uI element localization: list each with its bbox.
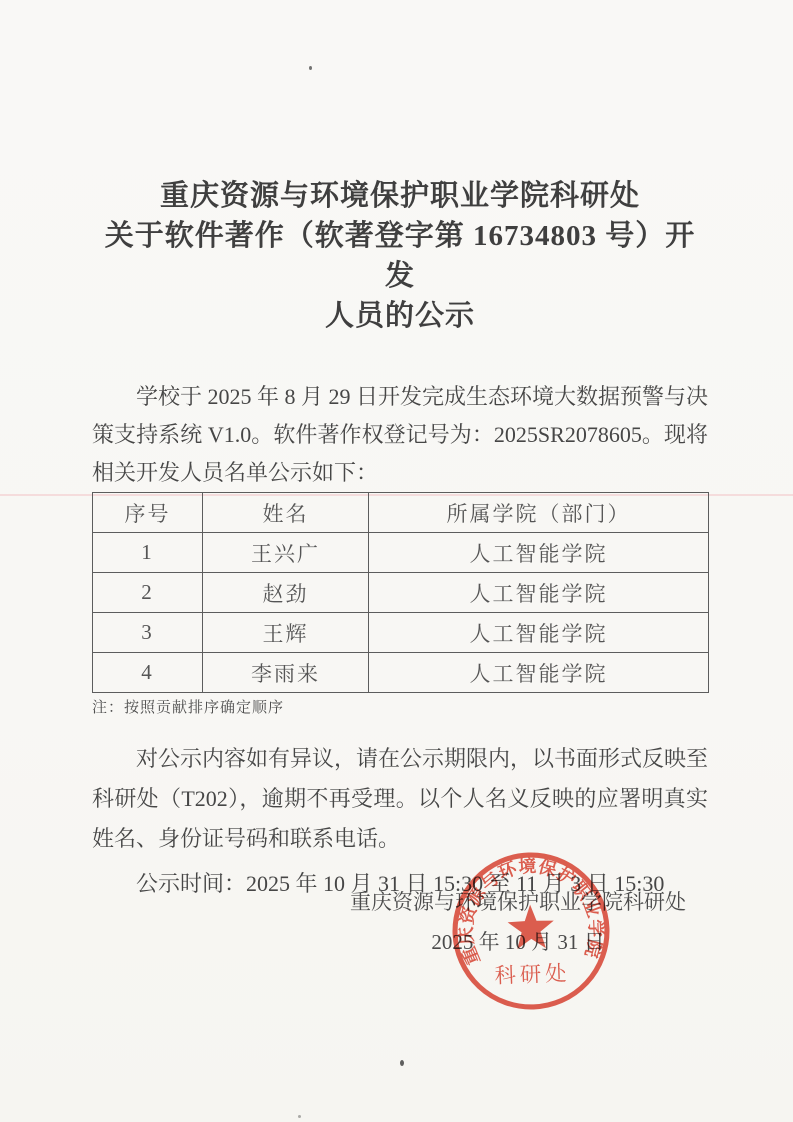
cell-index: 2 [93,573,203,613]
scan-speck [298,1115,301,1118]
seal-center-label: 科研处 [494,961,571,988]
table-note: 注：按照贡献排序确定顺序 [92,696,708,717]
cell-index: 1 [93,533,203,573]
star-icon [507,904,555,950]
cell-name: 王兴广 [203,533,369,573]
cell-department: 人工智能学院 [369,533,709,573]
table-row: 3 王辉 人工智能学院 [93,613,709,653]
cell-department: 人工智能学院 [369,653,709,693]
title-line-3: 人员的公示 [92,296,708,336]
intro-paragraph: 学校于 2025 年 8 月 29 日开发完成生态环境大数据预警与决策支持系统 … [92,378,708,492]
header-department: 所属学院（部门） [369,493,709,533]
document-page: 重庆资源与环境保护职业学院科研处 关于软件著作（软著登字第 16734803 号… [0,0,793,1122]
table-row: 1 王兴广 人工智能学院 [93,533,709,573]
cell-name: 王辉 [203,613,369,653]
title-line-1: 重庆资源与环境保护职业学院科研处 [92,176,708,216]
cell-name: 赵劲 [203,573,369,613]
cell-name: 李雨来 [203,653,369,693]
header-index: 序号 [93,493,203,533]
cell-index: 3 [93,613,203,653]
developer-table: 序号 姓名 所属学院（部门） 1 王兴广 人工智能学院 2 赵劲 人工智能学院 … [92,492,709,693]
document-content: 重庆资源与环境保护职业学院科研处 关于软件著作（软著登字第 16734803 号… [0,0,793,903]
cell-index: 4 [93,653,203,693]
cell-department: 人工智能学院 [369,573,709,613]
header-name: 姓名 [203,493,369,533]
official-seal: 重庆资源与环境保护职业学院 科研处 [449,849,612,1012]
document-title: 重庆资源与环境保护职业学院科研处 关于软件著作（软著登字第 16734803 号… [92,176,708,336]
objection-paragraph: 对公示内容如有异议，请在公示期限内，以书面形式反映至科研处（T202），逾期不再… [92,739,708,859]
table-row: 2 赵劲 人工智能学院 [93,573,709,613]
table-header-row: 序号 姓名 所属学院（部门） [93,493,709,533]
table-row: 4 李雨来 人工智能学院 [93,653,709,693]
cell-department: 人工智能学院 [369,613,709,653]
title-line-2: 关于软件著作（软著登字第 16734803 号）开发 [92,216,708,296]
scan-speck [400,1060,404,1066]
